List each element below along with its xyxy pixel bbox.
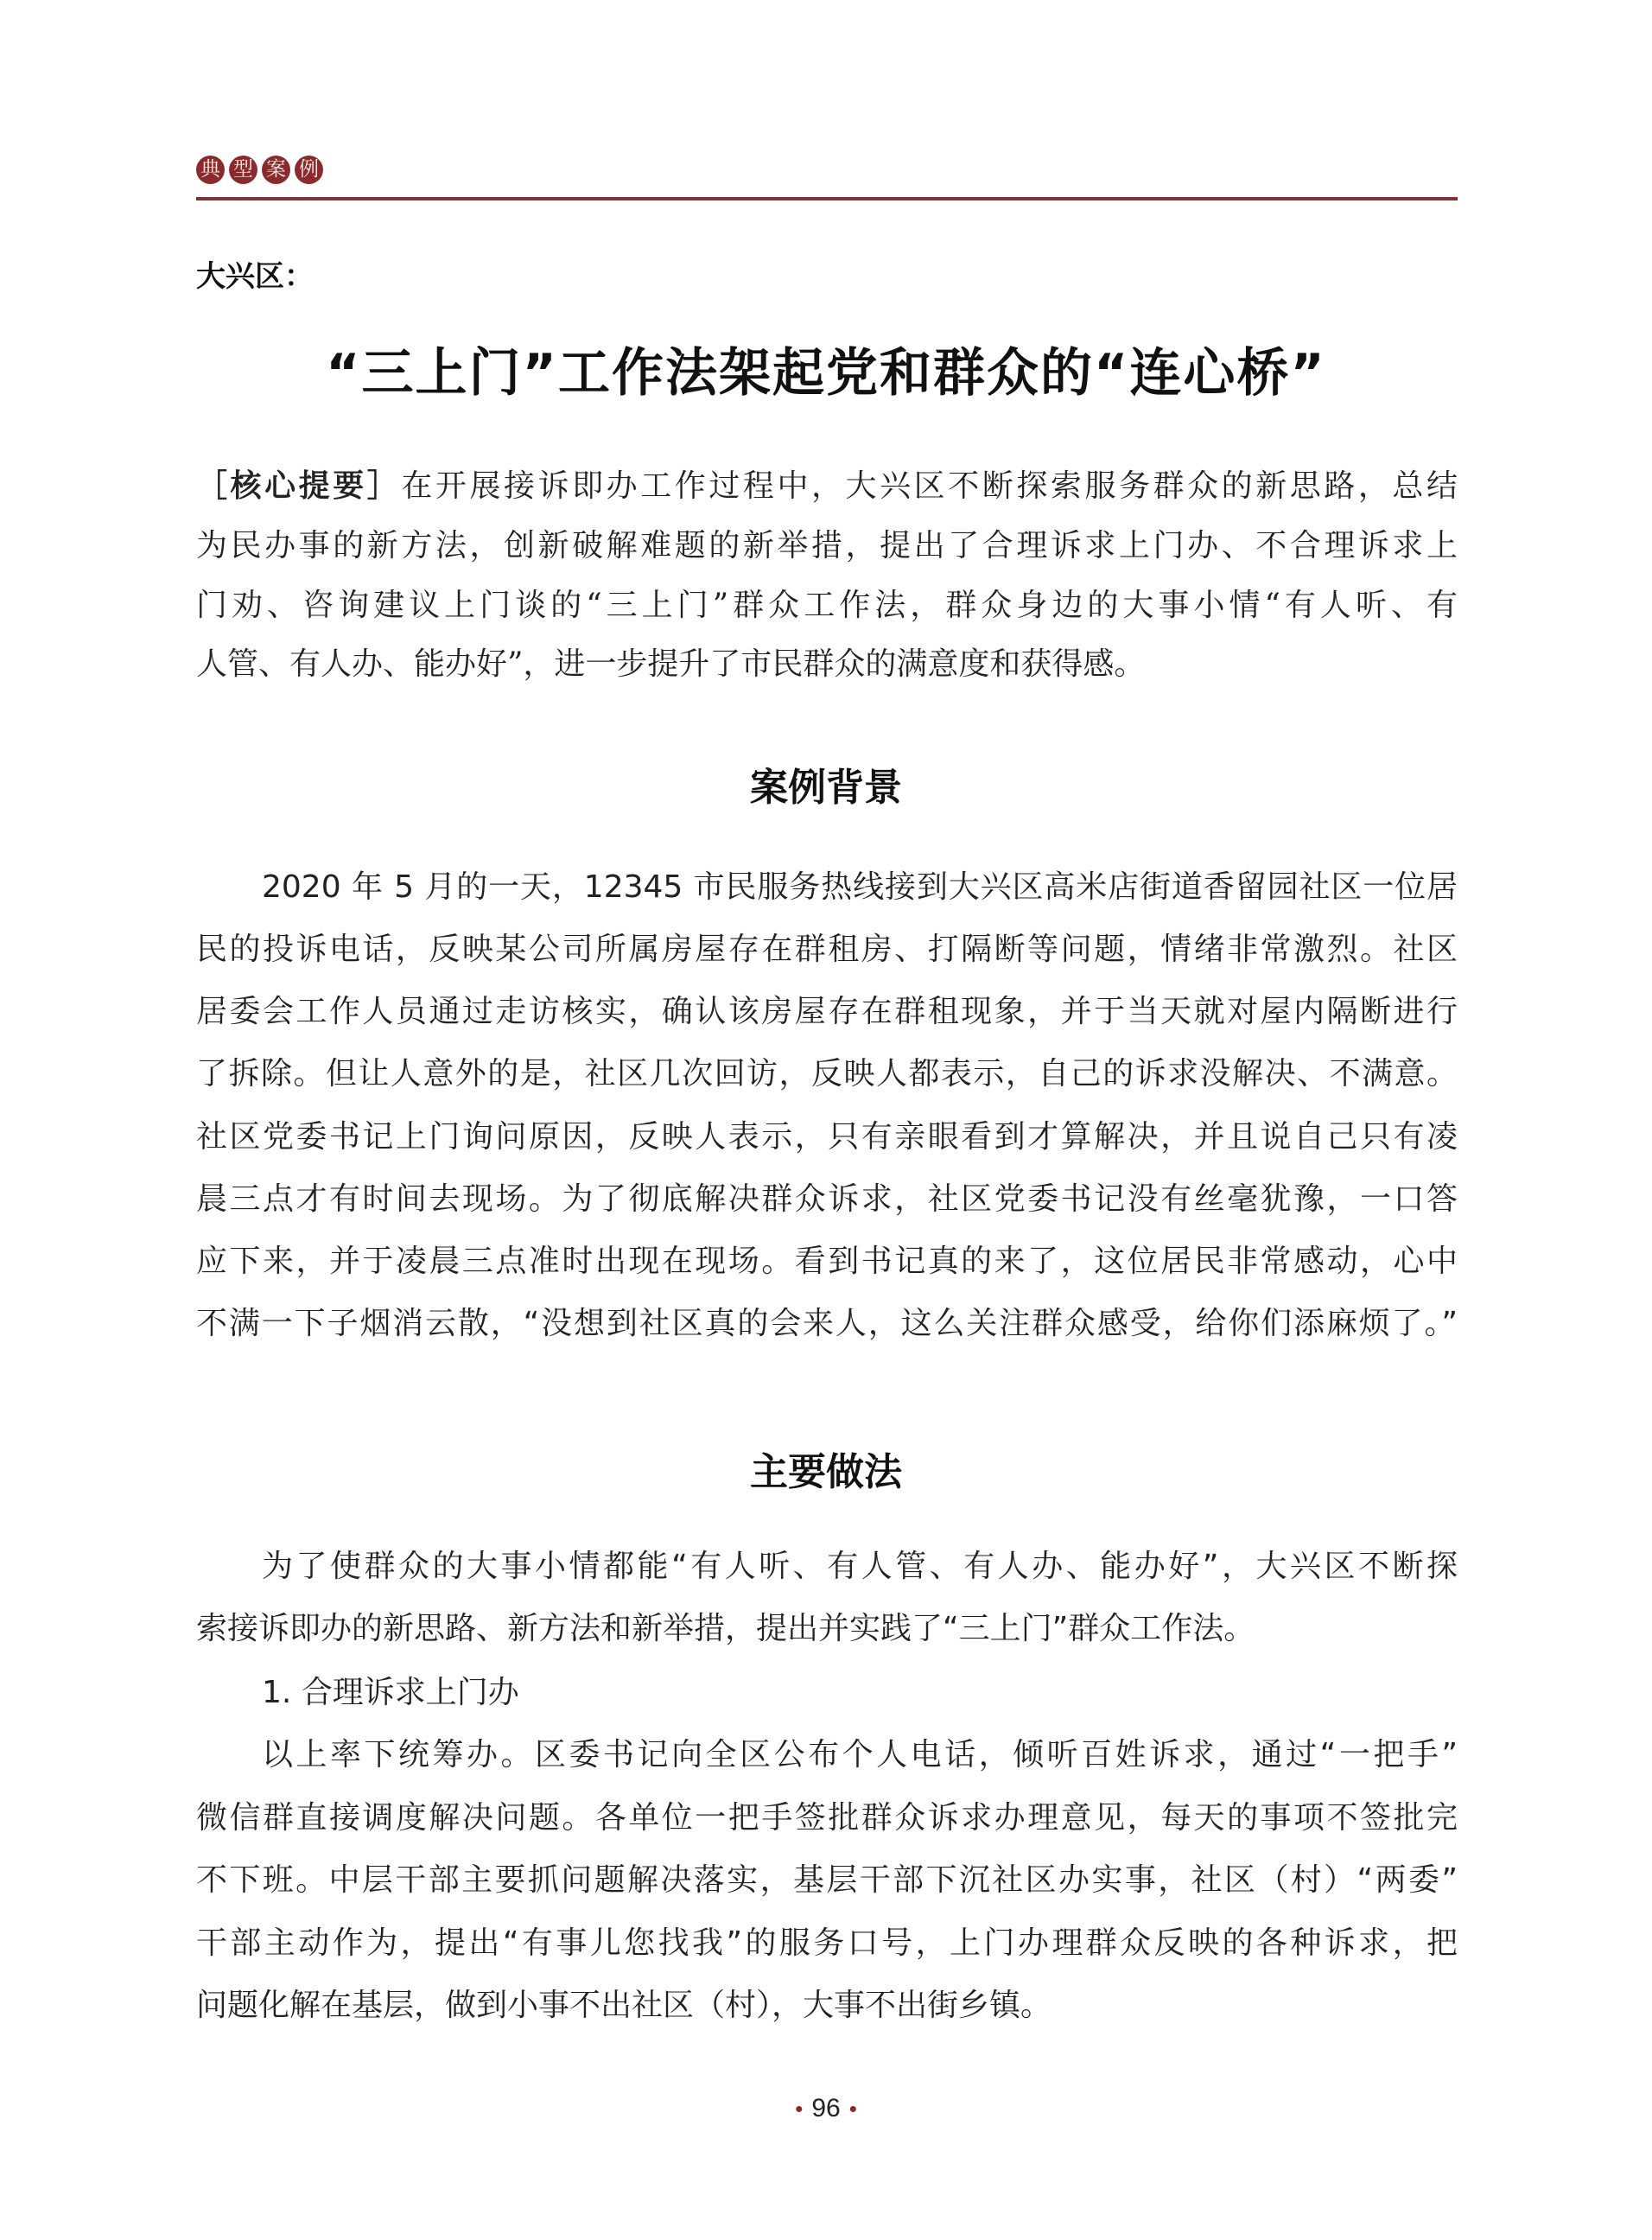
header-badge-li: 例: [295, 156, 323, 184]
paragraph-line: 应下来，并于凌晨三点准时出现在现场。看到书记真的来了，这位居民非常感动，心中: [196, 1242, 1458, 1282]
paragraph-line: 了拆除。但让人意外的是，社区几次回访，反映人都表示，自己的诉求没解决、不满意。: [196, 1054, 1458, 1094]
abstract-line-4: 人管、有人办、能办好”，进一步提升了市民群众的满意度和获得感。: [196, 645, 1458, 684]
paragraph-line: 不满一下子烟消云散，“没想到社区真的会来人，这么关注群众感受，给你们添麻烦了。”: [196, 1304, 1458, 1344]
header-badge-an: 案: [262, 156, 290, 184]
district-label: 大兴区：: [196, 258, 314, 296]
paragraph-line: 不下班。中层干部主要抓问题解决落实，基层干部下沉社区办实事，社区（村）“两委”: [196, 1861, 1458, 1900]
section-heading-background: 案例背景: [0, 764, 1652, 812]
header-badge-xing: 型: [229, 156, 257, 184]
paragraph-line: 为了使群众的大事小情都能“有人听、有人管、有人办、能办好”，大兴区不断探: [262, 1547, 1458, 1587]
paragraph-line: 微信群直接调度解决问题。各单位一把手签批群众诉求办理意见，每天的事项不签批完: [196, 1798, 1458, 1838]
paragraph-line: 索接诉即办的新思路、新方法和新举措，提出并实践了“三上门”群众工作法。: [196, 1609, 1458, 1649]
header-rule: [196, 197, 1458, 200]
section-heading-methods: 主要做法: [0, 1448, 1652, 1497]
abstract-line-1: ［核心提要］在开展接诉即办工作过程中，大兴区不断探索服务群众的新思路，总结: [196, 467, 1458, 506]
abstract-line-3: 门劝、咨询建议上门谈的“三上门”群众工作法，群众身边的大事小情“有人听、有: [196, 586, 1458, 626]
paragraph-line: 社区党委书记上门询问原因，反映人表示，只有亲眼看到才算解决，并且说自己只有凌: [196, 1117, 1458, 1157]
paragraph-line: 晨三点才有时间去现场。为了彻底解决群众诉求，社区党委书记没有丝毫犹豫，一口答: [196, 1180, 1458, 1219]
page-dot-right-icon: •: [849, 2096, 857, 2122]
page-number: •96•: [0, 2091, 1652, 2126]
paragraph-line: 2020 年 5 月的一天，12345 市民服务热线接到大兴区高米店街道香留园社…: [262, 868, 1458, 907]
header-badge-dian: 典: [196, 156, 225, 184]
paragraph-line: 干部主动作为，提出“有事儿您找我”的服务口号，上门办理群众反映的各种诉求，把: [196, 1924, 1458, 1963]
abstract-label: ［核心提要］: [196, 468, 401, 504]
paragraph-line: 以上率下统筹办。区委书记向全区公布个人电话，倾听百姓诉求，通过“一把手”: [262, 1735, 1458, 1775]
article-title: “三上门”工作法架起党和群众的“连心桥”: [0, 339, 1652, 408]
page-number-value: 96: [811, 2094, 840, 2122]
paragraph-line: 居委会工作人员通过走访核实，确认该房屋存在群租现象，并于当天就对屋内隔断进行: [196, 992, 1458, 1032]
paragraph-line: 民的投诉电话，反映某公司所属房屋存在群租房、打隔断等问题，情绪非常激烈。社区: [196, 930, 1458, 970]
page-dot-left-icon: •: [795, 2096, 803, 2122]
paragraph-line: 问题化解在基层，做到小事不出社区（村），大事不出街乡镇。: [196, 1986, 1458, 2026]
abstract-line-2: 为民办事的新方法，创新破解难题的新举措，提出了合理诉求上门办、不合理诉求上: [196, 526, 1458, 566]
subheading-item-1: 1. 合理诉求上门办: [262, 1673, 1458, 1713]
